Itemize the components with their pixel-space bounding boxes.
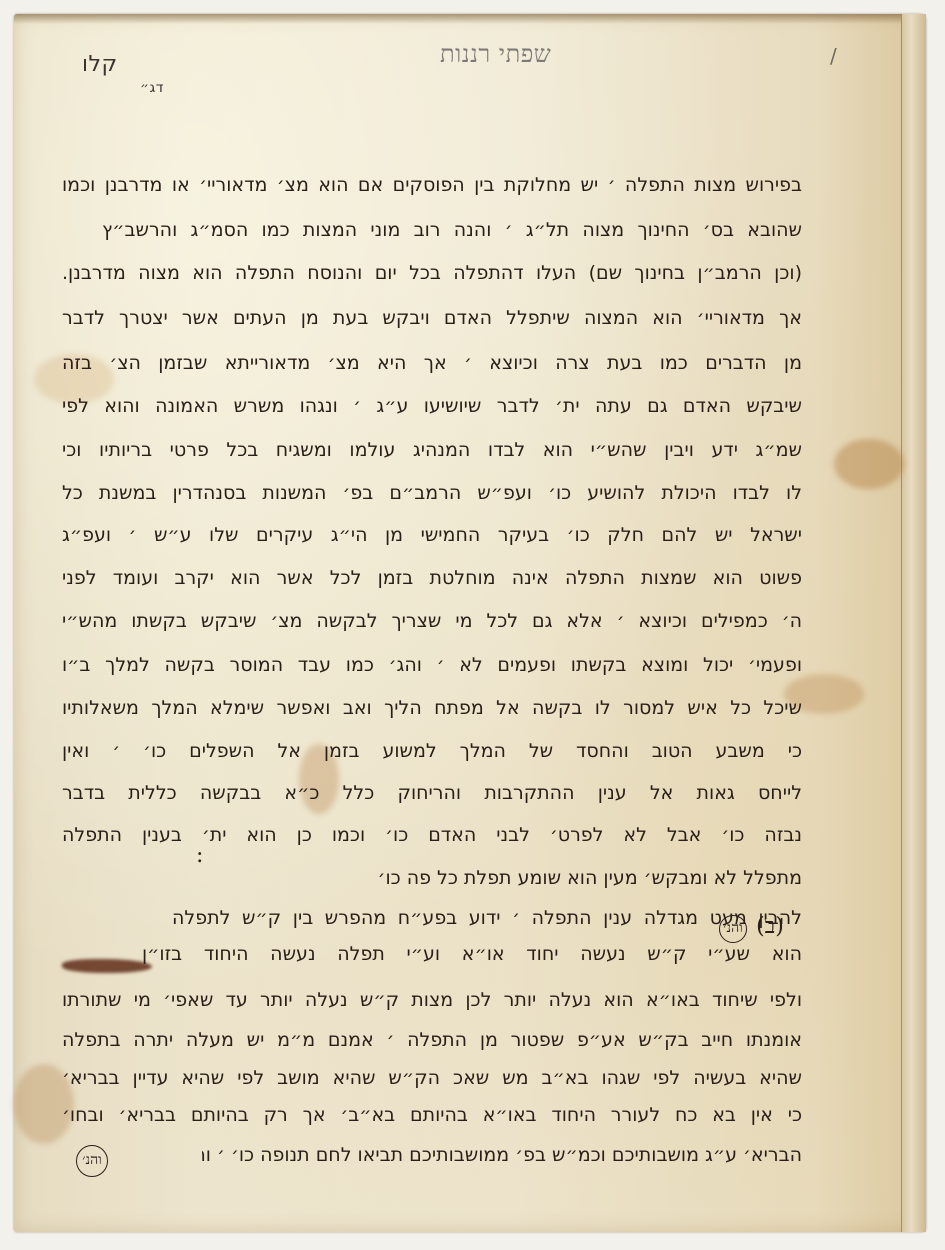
ink-smudge	[62, 959, 152, 973]
section-end-colon: :	[196, 843, 203, 868]
text-line: מתפלל לא ומבקש׳ מעין הוא שומע תפלת כל פה…	[242, 860, 802, 896]
pencil-title: שפתי רננות	[440, 40, 551, 69]
closing-circled-abbreviation: והנ׳	[72, 1145, 112, 1177]
text-line: אומנתו חייב בק״ש אע״פ שפטור מן התפלה ׳ א…	[62, 1022, 802, 1058]
text-line: ישראל יש להם חלק כו׳ בעיקר החמישי מן הי״…	[62, 517, 802, 553]
text-line: שהובא בס׳ החינוך מצוה תל״ג ׳ והנה רוב מו…	[102, 212, 802, 248]
text-line: כי אין בא כח לעורר היחוד באו״א בהיותם בא…	[62, 1097, 802, 1133]
folio-number: קלו	[82, 52, 118, 77]
page-top-edge	[14, 14, 926, 24]
text-line: פשוט הוא שמצות התפלה אינה מוחלטת בזמן לכ…	[62, 560, 802, 596]
text-line: (וכן הרמב״ן בחינוך שם) העלו דהתפלה בכל י…	[62, 255, 802, 291]
binding-edge	[901, 14, 926, 1232]
folio-mark: /	[830, 44, 837, 68]
text-line: הוא שע״י ק״ש נעשה יחוד או״א וע״י תפלה נע…	[142, 936, 802, 972]
text-line: להבין מעט מגדלה ענין התפלה ׳ ידוע בפע״ח …	[172, 900, 802, 936]
text-line: בפירוש מצות התפלה ׳ יש מחלוקת בין הפוסקי…	[62, 167, 802, 203]
text-line: הבריא׳ ע״ג מושבותיכם וכמ״ש בפ׳ ממושבותיכ…	[202, 1137, 802, 1173]
text-line: אך מדאוריי׳ הוא המצוה שיתפלל האדם ויבקש …	[62, 300, 802, 336]
stain	[834, 439, 904, 489]
text-line: מן הדברים כמו בעת צרה וכיוצא ׳ אך היא מצ…	[62, 345, 802, 381]
text-line: שיכל כל איש למסור לו בקשה אל מפתח הליך ו…	[62, 690, 802, 726]
text-line: ופעמי׳ יכול ומוצא בקשתו ופעמים לא ׳ והג׳…	[62, 647, 802, 683]
text-line: שהיא בעשיה לפי שגהו בא״ב מש שאכ הק״ש שהי…	[62, 1060, 802, 1096]
folio-signature: דג״	[140, 80, 164, 96]
text-line: לייחס גאות אל ענין ההתקרבות והריחוק כלל …	[62, 775, 802, 811]
text-line: שיבקש האדם גם עתה ית׳ לדבר שיושיעו ע״ג ׳…	[62, 388, 802, 424]
text-line: כי משבע הטוב והחסד של המלך למשוע בזמן אל…	[62, 733, 802, 769]
text-line: ה׳ כמפילים וכיוצא ׳ אלא גם לכל מי שצריך …	[62, 603, 802, 639]
text-line: לו לבדו היכולת להושיע כו׳ ועפ״ש הרמב״ם ב…	[62, 475, 802, 511]
text-line: נבזה כו׳ אבל לא לפרט׳ לבני האדם כו׳ וכמו…	[62, 817, 802, 853]
text-line: ולפי שיחוד באו״א הוא נעלה יותר לכן מצות …	[62, 982, 802, 1018]
text-line: שמ״ג ידע ויבין שהש״י הוא לבדו המנהיג עול…	[62, 432, 802, 468]
circled-abbreviation: והנ׳	[76, 1145, 108, 1177]
